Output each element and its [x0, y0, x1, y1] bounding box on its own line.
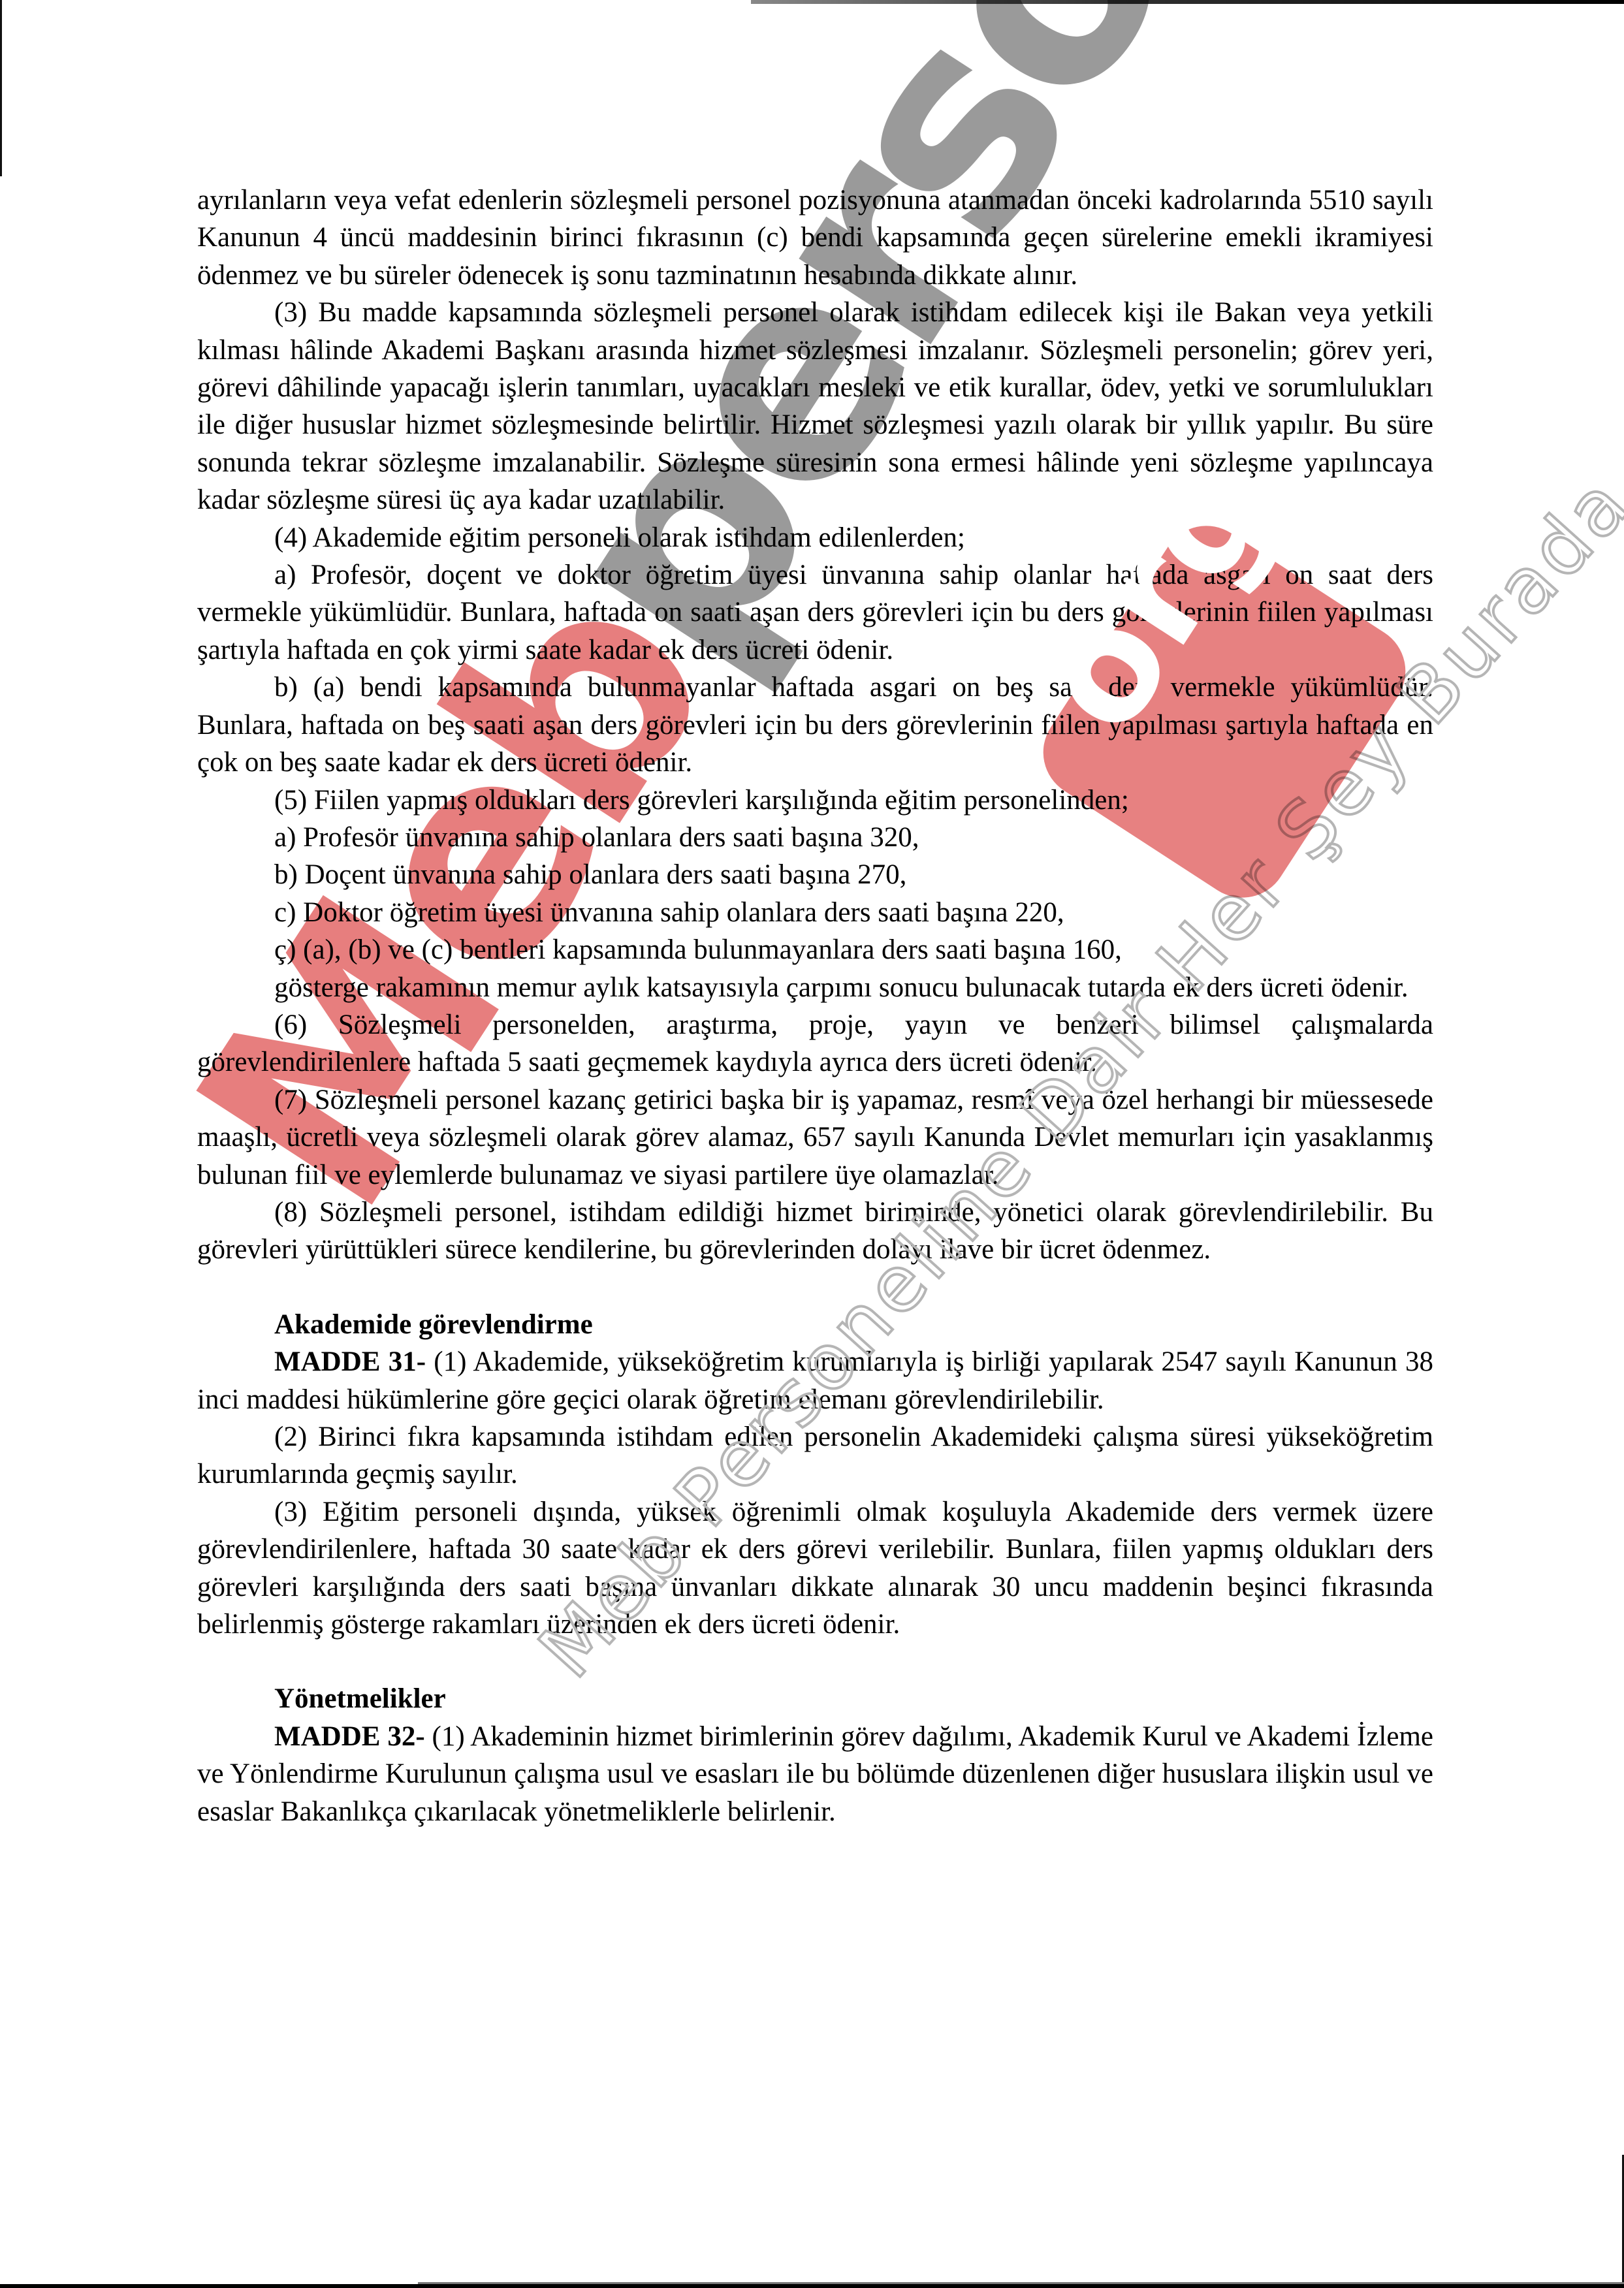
section-gap	[197, 1269, 1433, 1306]
section-gap	[197, 1643, 1433, 1680]
article-31-paragraph-2: (2) Birinci fıkra kapsamında istihdam ed…	[197, 1418, 1433, 1493]
paragraph-continuation: ayrılanların veya vefat edenlerin sözleş…	[197, 182, 1433, 294]
article-32-paragraph-1: MADDE 32- (1) Akademinin hizmet birimler…	[197, 1718, 1433, 1830]
article-31-heading: Akademide görevlendirme	[197, 1306, 1433, 1343]
article-31-paragraph-1: MADDE 31- (1) Akademide, yükseköğretim k…	[197, 1343, 1433, 1418]
paragraph-4b: b) (a) bendi kapsamında bulunmayanlar ha…	[197, 669, 1433, 781]
article-32-label: MADDE 32-	[274, 1721, 425, 1752]
paragraph-8: (8) Sözleşmeli personel, istihdam edildi…	[197, 1194, 1433, 1269]
scan-edge-bottom	[0, 2284, 1624, 2288]
paragraph-6: (6) Sözleşmeli personelden, araştırma, p…	[197, 1006, 1433, 1081]
paragraph-5-tail: gösterge rakamının memur aylık katsayısı…	[197, 969, 1433, 1006]
article-31-paragraph-3: (3) Eğitim personeli dışında, yüksek öğr…	[197, 1493, 1433, 1644]
article-31-label: MADDE 31-	[274, 1346, 426, 1377]
paragraph-5c: c) Doktor öğretim üyesi ünvanına sahip o…	[197, 894, 1433, 931]
paragraph-4: (4) Akademide eğitim personeli olarak is…	[197, 519, 1433, 556]
paragraph-3: (3) Bu madde kapsamında sözleşmeli perso…	[197, 294, 1433, 518]
paragraph-7: (7) Sözleşmeli personel kazanç getirici …	[197, 1081, 1433, 1194]
paragraph-5a: a) Profesör ünvanına sahip olanlara ders…	[197, 819, 1433, 856]
paragraph-5: (5) Fiilen yapmış oldukları ders görevle…	[197, 782, 1433, 819]
document-page: ayrılanların veya vefat edenlerin sözleş…	[197, 182, 1433, 1830]
scan-edge-left	[0, 0, 2, 176]
article-32-heading: Yönetmelikler	[197, 1680, 1433, 1717]
paragraph-5b: b) Doçent ünvanına sahip olanlara ders s…	[197, 856, 1433, 893]
paragraph-5cc: ç) (a), (b) ve (c) bentleri kapsamında b…	[197, 931, 1433, 968]
scan-edge-top	[751, 0, 1624, 4]
paragraph-4a: a) Profesör, doçent ve doktor öğretim üy…	[197, 556, 1433, 669]
